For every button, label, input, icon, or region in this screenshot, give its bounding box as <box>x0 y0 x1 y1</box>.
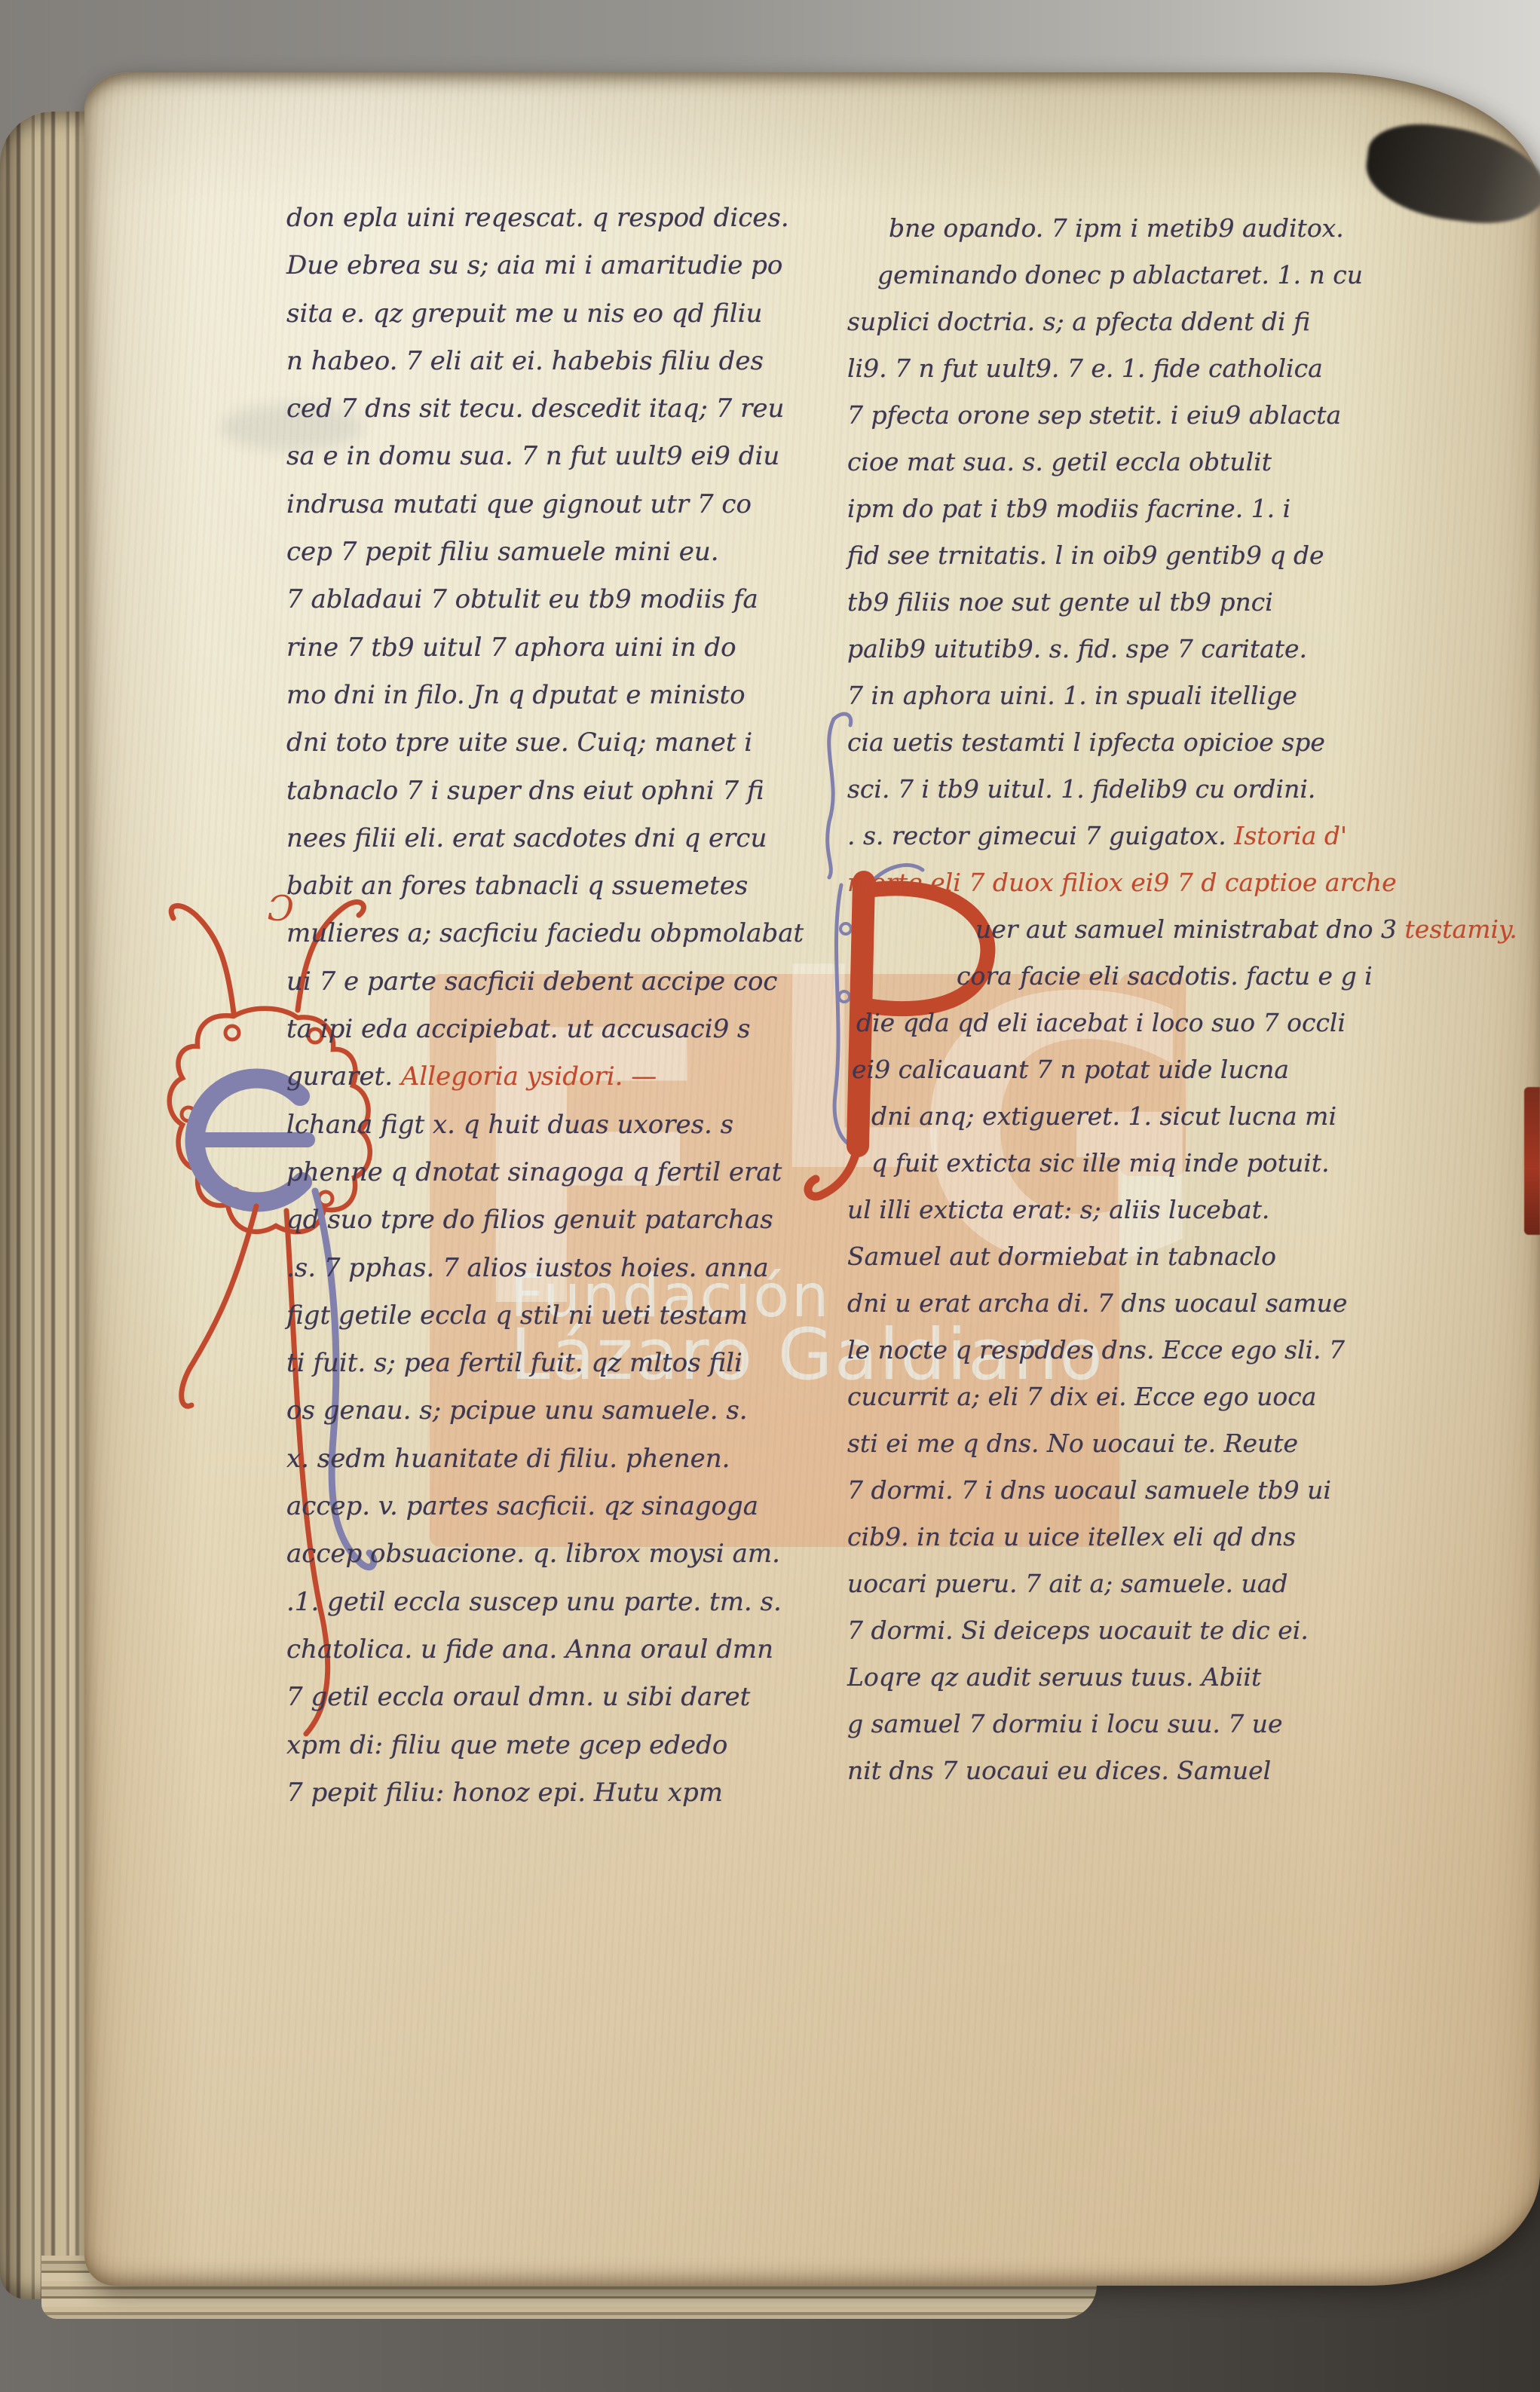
text-line: cioe mat sua. s. getil eccla obtulit <box>847 439 1382 485</box>
text-line: nit dns 7 uocaui eu dices. Samuel <box>847 1747 1382 1794</box>
body-text: Due ebrea su s; aia mi i amaritudie po <box>286 250 782 280</box>
text-line: accep. v. partes sacficii. qz sinagoga <box>286 1483 814 1530</box>
text-line: 7 dormi. 7 i dns uocaul samuele tb9 ui <box>847 1467 1382 1514</box>
body-text: mulieres a; sacficiu faciedu obpmolabat <box>286 918 804 948</box>
body-text: nees filii eli. erat sacdotes dni q ercu <box>286 823 767 853</box>
text-line: 7 pfecta orone sep stetit. i eiu9 ablact… <box>847 392 1382 439</box>
text-line: qd suo tpre do filios genuit patarchas <box>286 1196 814 1244</box>
body-text: nit dns 7 uocaui eu dices. Samuel <box>847 1756 1271 1785</box>
manuscript-page: F L G Fundación Lázaro Galdiano <box>84 72 1540 2286</box>
text-line: .1. getil eccla suscep unu parte. tm. s. <box>286 1579 814 1626</box>
body-text: . s. rector gimecui 7 guigatox. <box>847 821 1234 850</box>
text-line: os genau. s; pcipue unu samuele. s. <box>286 1387 814 1435</box>
page-edge-red-mark <box>1524 1087 1540 1235</box>
body-text: 7 pfecta orone sep stetit. i eiu9 ablact… <box>847 400 1341 430</box>
body-text: ipm do pat i tb9 modiis facrine. 1. i <box>847 494 1290 523</box>
text-line: guraret. Allegoria ysidori. — <box>286 1053 814 1101</box>
text-line: uer aut samuel ministrabat dno 3 testami… <box>847 906 1382 953</box>
body-text: Samuel aut dormiebat in tabnaclo <box>847 1242 1276 1271</box>
body-text: 7 in aphora uini. 1. in spuali itellige <box>847 681 1297 710</box>
body-text: palib9 uitutib9. s. fid. spe 7 caritate. <box>847 634 1307 663</box>
body-text: dni anq; extigueret. 1. sicut lucna mi <box>871 1101 1336 1131</box>
body-text: ced 7 dns sit tecu. descedit itaq; 7 reu <box>286 394 784 424</box>
text-line: xpm di: filiu que mete gcep ededo <box>286 1722 814 1769</box>
body-text: os genau. s; pcipue unu samuele. s. <box>286 1395 748 1426</box>
text-line: le nocte q respddes dns. Ecce ego sli. 7 <box>847 1327 1382 1374</box>
text-line: ti fuit. s; pea fertil fuit. qz mltos fi… <box>286 1340 814 1387</box>
text-line: mo dni in filo. Jn q dputat e ministo <box>286 672 814 719</box>
body-text: accep. v. partes sacficii. qz sinagoga <box>286 1491 758 1521</box>
text-line: Loqre qz audit seruus tuus. Abiit <box>847 1654 1382 1701</box>
body-text: n habeo. 7 eli ait ei. habebis filiu des <box>286 346 764 376</box>
body-text: dni toto tpre uite sue. Cuiq; manet i <box>286 727 752 758</box>
body-text: cora facie eli sacdotis. factu e g i <box>957 961 1373 991</box>
body-text: sa e in domu sua. 7 n fut uult9 ei9 diu <box>286 441 779 471</box>
body-text: suplici doctria. s; a pfecta ddent di fi <box>847 307 1310 336</box>
text-line: die qda qd eli iacebat i loco suo 7 occl… <box>847 1000 1382 1046</box>
body-text: 7 abladaui 7 obtulit eu tb9 modiis fa <box>286 584 758 614</box>
text-line: cucurrit a; eli 7 dix ei. Ecce ego uoca <box>847 1374 1382 1420</box>
body-text: tb9 filiis noe sut gente ul tb9 pnci <box>847 587 1273 617</box>
body-text: figt getile eccla q stil ni ueti testam <box>286 1300 748 1331</box>
body-text: bne opando. 7 ipm i metib9 auditox. <box>889 213 1344 243</box>
body-text: don epla uini reqescat. q respod dices. <box>286 203 789 233</box>
body-text: g samuel 7 dormiu i locu suu. 7 ue <box>847 1709 1283 1738</box>
body-text: 7 getil eccla oraul dmn. u sibi daret <box>286 1682 750 1712</box>
text-line: morte eli 7 duox filiox ei9 7 d captioe … <box>847 859 1382 906</box>
text-line: babit an fores tabnacli q ssuemetes <box>286 862 814 910</box>
text-line: 7 getil eccla oraul dmn. u sibi daret <box>286 1674 814 1721</box>
text-line: li9. 7 n fut uult9. 7 e. 1. fide catholi… <box>847 345 1382 392</box>
rubric-text: morte eli 7 duox filiox ei9 7 d captioe … <box>847 868 1397 897</box>
text-line: ul illi exticta erat: s; aliis lucebat. <box>847 1187 1382 1233</box>
body-text: die qda qd eli iacebat i loco suo 7 occl… <box>856 1008 1346 1037</box>
body-text: tabnaclo 7 i super dns eiut ophni 7 fi <box>286 776 764 806</box>
text-line: rine 7 tb9 uitul 7 aphora uini in do <box>286 624 814 672</box>
text-line: Due ebrea su s; aia mi i amaritudie po <box>286 242 814 289</box>
body-text: ui 7 e parte sacficii debent accipe coc <box>286 966 777 997</box>
text-line: x. sedm huanitate di filiu. phenen. <box>286 1435 814 1483</box>
body-text: accep obsuacione. q. librox moysi am. <box>286 1539 780 1569</box>
text-line: . s. rector gimecui 7 guigatox. Istoria … <box>847 813 1382 859</box>
text-line: ei9 calicauant 7 n potat uide lucna <box>847 1046 1382 1093</box>
body-text: geminando donec p ablactaret. 1. n cu <box>877 260 1363 289</box>
body-text: ul illi exticta erat: s; aliis lucebat. <box>847 1195 1269 1224</box>
left-text-column: don epla uini reqescat. q respod dices.D… <box>286 194 814 1817</box>
body-text: le nocte q respddes dns. Ecce ego sli. 7 <box>847 1335 1345 1364</box>
text-line: tabnaclo 7 i super dns eiut ophni 7 fi <box>286 767 814 815</box>
text-line: n habeo. 7 eli ait ei. habebis filiu des <box>286 338 814 385</box>
text-line: suplici doctria. s; a pfecta ddent di fi <box>847 299 1382 345</box>
body-text: cia uetis testamti l ipfecta opicioe spe <box>847 727 1325 757</box>
text-line: .s. 7 pphas. 7 alios iustos hoies. anna <box>286 1245 814 1292</box>
body-text: .1. getil eccla suscep unu parte. tm. s. <box>286 1587 782 1617</box>
body-text: cep 7 pepit filiu samuele mini eu. <box>286 537 719 567</box>
text-line: cora facie eli sacdotis. factu e g i <box>847 953 1382 1000</box>
body-text: ei9 calicauant 7 n potat uide lucna <box>852 1055 1289 1084</box>
right-text-column: bne opando. 7 ipm i metib9 auditox.gemin… <box>847 205 1382 1794</box>
text-line: Samuel aut dormiebat in tabnaclo <box>847 1233 1382 1280</box>
text-line: ta ipi eda accipiebat. ut accusaci9 s <box>286 1006 814 1053</box>
body-text: cib9. in tcia u uice itellex eli qd dns <box>847 1522 1296 1551</box>
text-line: nees filii eli. erat sacdotes dni q ercu <box>286 815 814 862</box>
text-line: dni toto tpre uite sue. Cuiq; manet i <box>286 719 814 767</box>
text-line: dni u erat archa di. 7 dns uocaul samue <box>847 1280 1382 1327</box>
body-text: Loqre qz audit seruus tuus. Abiit <box>847 1662 1261 1692</box>
text-line: phenne q dnotat sinagoga q fertil erat <box>286 1149 814 1196</box>
text-line: palib9 uitutib9. s. fid. spe 7 caritate. <box>847 626 1382 672</box>
text-line: 7 dormi. Si deiceps uocauit te dic ei. <box>847 1607 1382 1654</box>
text-line: lchana figt x. q huit duas uxores. s <box>286 1101 814 1149</box>
text-line: uocari pueru. 7 ait a; samuele. uad <box>847 1560 1382 1607</box>
body-text: 7 dormi. 7 i dns uocaul samuele tb9 ui <box>847 1475 1331 1505</box>
body-text: sti ei me q dns. No uocaui te. Reute <box>847 1429 1298 1458</box>
body-text: mo dni in filo. Jn q dputat e ministo <box>286 680 746 710</box>
body-text: indrusa mutati que gignout utr 7 co <box>286 489 752 519</box>
body-text: cucurrit a; eli 7 dix ei. Ecce ego uoca <box>847 1382 1316 1411</box>
text-line: sci. 7 i tb9 uitul. 1. fidelib9 cu ordin… <box>847 766 1382 813</box>
text-line: 7 in aphora uini. 1. in spuali itellige <box>847 672 1382 719</box>
rubric-text: testamiy. <box>1405 914 1517 944</box>
body-text: ta ipi eda accipiebat. ut accusaci9 s <box>286 1014 750 1044</box>
body-text: dni u erat archa di. 7 dns uocaul samue <box>847 1288 1347 1318</box>
text-line: 7 pepit filiu: honoz epi. Hutu xpm <box>286 1769 814 1817</box>
body-text: guraret. <box>286 1061 401 1092</box>
text-line: ced 7 dns sit tecu. descedit itaq; 7 reu <box>286 385 814 433</box>
body-text: uer aut samuel ministrabat dno 3 <box>975 914 1405 944</box>
text-line: sa e in domu sua. 7 n fut uult9 ei9 diu <box>286 433 814 480</box>
text-line: geminando donec p ablactaret. 1. n cu <box>847 252 1382 299</box>
body-text: fid see trnitatis. l in oib9 gentib9 q d… <box>847 541 1324 570</box>
body-text: cioe mat sua. s. getil eccla obtulit <box>847 447 1272 476</box>
text-line: cia uetis testamti l ipfecta opicioe spe <box>847 719 1382 766</box>
body-text: uocari pueru. 7 ait a; samuele. uad <box>847 1569 1288 1598</box>
body-text: chatolica. u fide ana. Anna oraul dmn <box>286 1634 773 1665</box>
manuscript-photo: F L G Fundación Lázaro Galdiano <box>0 0 1540 2392</box>
text-line: sita e. qz grepuit me u nis eo qd filiu <box>286 290 814 338</box>
text-line: 7 abladaui 7 obtulit eu tb9 modiis fa <box>286 576 814 623</box>
text-line: dni anq; extigueret. 1. sicut lucna mi <box>847 1093 1382 1140</box>
body-text: babit an fores tabnacli q ssuemetes <box>286 871 748 901</box>
text-line: don epla uini reqescat. q respod dices. <box>286 194 814 242</box>
text-line: indrusa mutati que gignout utr 7 co <box>286 481 814 528</box>
body-text: q fuit exticta sic ille miq inde potuit. <box>871 1148 1330 1178</box>
text-line: fid see trnitatis. l in oib9 gentib9 q d… <box>847 532 1382 579</box>
body-text: 7 dormi. Si deiceps uocauit te dic ei. <box>847 1616 1309 1645</box>
text-line: sti ei me q dns. No uocaui te. Reute <box>847 1420 1382 1467</box>
body-text: x. sedm huanitate di filiu. phenen. <box>286 1444 730 1474</box>
rubric-text: Allegoria ysidori. — <box>401 1061 657 1092</box>
body-text: sci. 7 i tb9 uitul. 1. fidelib9 cu ordin… <box>847 774 1315 804</box>
text-line: cep 7 pepit filiu samuele mini eu. <box>286 528 814 576</box>
body-text: xpm di: filiu que mete gcep ededo <box>286 1730 727 1760</box>
text-line: g samuel 7 dormiu i locu suu. 7 ue <box>847 1701 1382 1747</box>
text-line: mulieres a; sacficiu faciedu obpmolabat <box>286 910 814 957</box>
body-text: ti fuit. s; pea fertil fuit. qz mltos fi… <box>286 1348 742 1378</box>
text-line: figt getile eccla q stil ni ueti testam <box>286 1292 814 1340</box>
text-line: accep obsuacione. q. librox moysi am. <box>286 1530 814 1578</box>
text-line: ipm do pat i tb9 modiis facrine. 1. i <box>847 485 1382 532</box>
body-text: phenne q dnotat sinagoga q fertil erat <box>286 1157 782 1187</box>
text-line: chatolica. u fide ana. Anna oraul dmn <box>286 1626 814 1674</box>
body-text: sita e. qz grepuit me u nis eo qd filiu <box>286 299 762 329</box>
text-line: q fuit exticta sic ille miq inde potuit. <box>847 1140 1382 1187</box>
text-line: tb9 filiis noe sut gente ul tb9 pnci <box>847 579 1382 626</box>
text-line: ui 7 e parte sacficii debent accipe coc <box>286 958 814 1006</box>
text-line: bne opando. 7 ipm i metib9 auditox. <box>847 205 1382 252</box>
body-text: li9. 7 n fut uult9. 7 e. 1. fide catholi… <box>847 354 1323 383</box>
body-text: .s. 7 pphas. 7 alios iustos hoies. anna <box>286 1253 769 1283</box>
body-text: 7 pepit filiu: honoz epi. Hutu xpm <box>286 1778 723 1808</box>
body-text: lchana figt x. q huit duas uxores. s <box>286 1110 733 1140</box>
body-text: rine 7 tb9 uitul 7 aphora uini in do <box>286 632 736 663</box>
body-text: qd suo tpre do filios genuit patarchas <box>286 1205 773 1235</box>
rubric-text: Istoria d' <box>1234 821 1347 850</box>
text-line: cib9. in tcia u uice itellex eli qd dns <box>847 1514 1382 1560</box>
